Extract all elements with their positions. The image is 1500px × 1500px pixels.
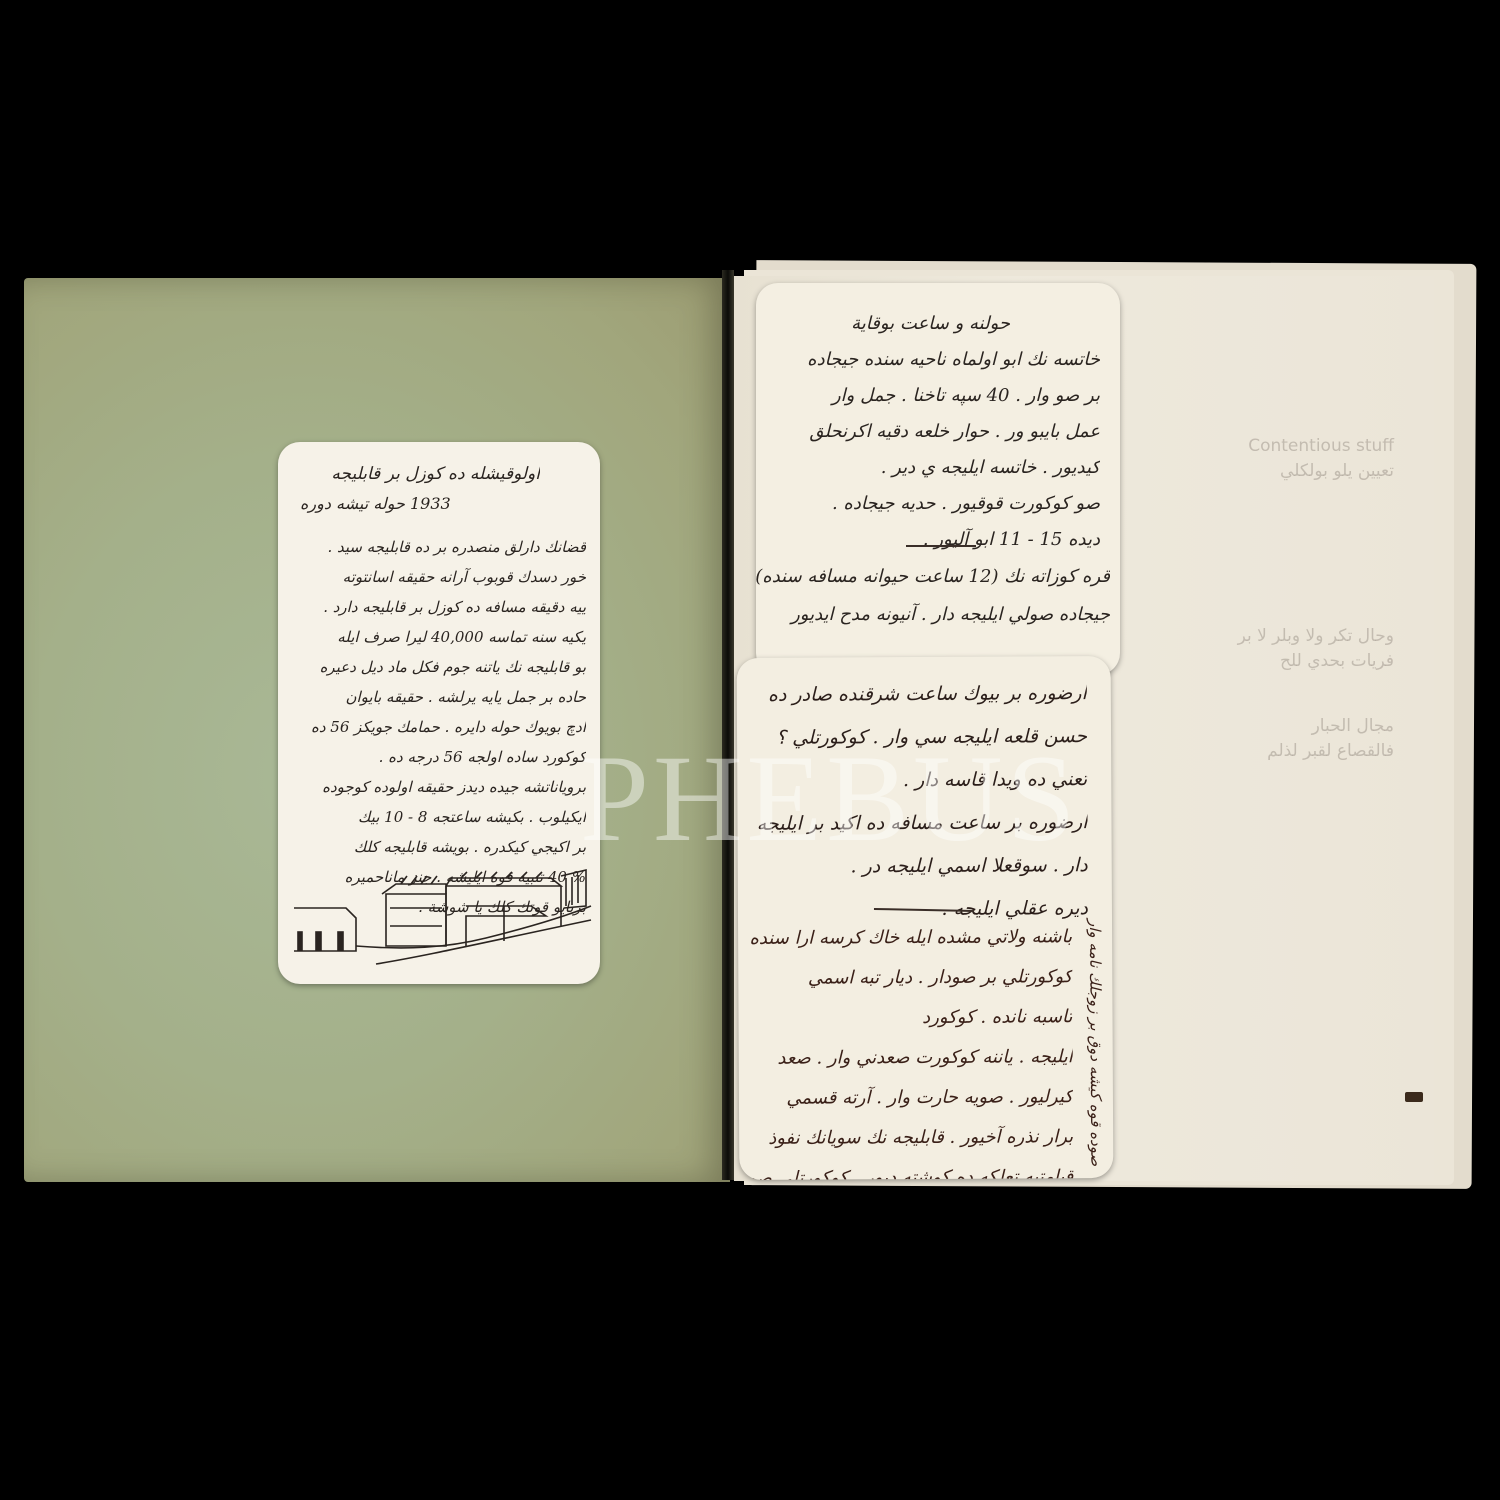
text-line: صو كوكورت قوقيور . حديه جيجاده . [770,495,1100,531]
faint-line: وحال تكر ولا وبلر لا بر [1238,626,1394,646]
text-line: ديده 15 - 11 ابو آليور . [770,531,1100,567]
text-line: قره كوزآته نك (12 ساعت حيوانه مسافه سنده… [756,568,1110,606]
text-line: يكيه سنه تماسه 40,000 ليرا صرف ايله [296,630,586,660]
ink-mark [1405,1092,1423,1102]
top-right-card: حولنه و ساعت بوقاية خاتسه نك ابو اولماه … [756,283,1120,675]
faint-line: مجال الحبار [1312,716,1394,736]
text-line: قيامتيه تعلكه ده كوشته ديور . كوكورتلي ص… [745,1168,1073,1180]
margin-note: صوده قوه كيشه دوق بر زوجلك نامه وار [1086,916,1105,1166]
faint-line: Contentious stuff [1248,436,1394,456]
bottom-right-card: ارضوره بر بيوك ساعت شرقنده صادر ده حسن ق… [737,656,1114,1180]
folder-spine [722,270,734,1180]
text-line: حسن قلعه ايليجه سي وار . كوكورتلي ؟ [751,727,1087,772]
text-line: كوكورد ساده اولجه 56 درجه ده . [296,750,586,780]
text-line: ايليجه . ياننه كوكورت صعدني وار . صعد [745,1048,1073,1090]
text-line: باشنه ولاتي مشده ايله خاك كرسه آرا سنده [744,928,1072,970]
buildings-sketch-icon [286,846,596,966]
text-line: جيجاده صولي ايليجه دار . آنيونه مدح ايدي… [756,606,1110,644]
text-line: حاده بر جمل يايه يرلشه . حقيقه بايوان [296,690,586,720]
text-line: ادچ بويوك حوله دايره . حمامك جويكز 56 ده [296,720,586,750]
faint-line: فالقصاع لقبر لذلم [1267,741,1394,761]
card-body-secondary: باشنه ولاتي مشده ايله خاك كرسه آرا سنده … [744,928,1073,1180]
faint-line: تعيين يلو بولكلي [1280,461,1394,481]
text-line: ايكيلوب . بكيشه ساعتجه 8 - 10 بيك [296,810,586,840]
card-body-secondary: قره كوزآته نك (12 ساعت حيوانه مسافه سنده… [756,568,1110,644]
text-line: عمل بايبو ور . حوار خلعه دقيه اكرنحلق [770,423,1100,459]
card-body: خاتسه نك ابو اولماه ناحيه سنده جيجاده بر… [770,351,1100,567]
text-line: ارضوره بر بيوك ساعت شرقنده صادر ده [751,684,1087,729]
text-line: تاسبه نانده . كوكورد [744,1008,1072,1050]
faint-line: فريات بحدي للح [1280,651,1394,671]
text-line: برار نذره آخيور . قابليجه نك سويانك نفوذ [745,1128,1073,1170]
text-line: قضانك دارلق منصدره بر ده قابليجه سيد . [296,540,586,570]
card-body: ارضوره بر بيوك ساعت شرقنده صادر ده حسن ق… [751,684,1088,944]
text-line: دار . سوقعلا اسمي ايليجه در . [752,856,1088,901]
text-line: بر صو وار . 40 سپه تاخنا . جمل وار [770,387,1100,423]
text-line: خور دسدك قوبوب آرانه حقيقه اسانتوته [296,570,586,600]
text-line: ارضوره بر ساعت مسافه ده اكيد بر ايليجه . [751,813,1087,858]
text-line: تعني ده ويدا قاسه دار . [751,770,1087,815]
text-line: بروياناتشه جيده ديدز حقيقه اولوده كوجوده [296,780,586,810]
text-line: ييه دقيقه مسافه ده كوزل بر قابليجه دارد … [296,600,586,630]
card-title: حولنه و ساعت بوقاية [851,313,1010,334]
text-line: كيديور . خاتسه ايليجه ي دير . [770,459,1100,495]
left-pasted-card: اولوقيشله ده كوزل بر قابليجه 1933 حوله ت… [278,442,600,984]
text-line: خاتسه نك ابو اولماه ناحيه سنده جيجاده [770,351,1100,387]
card-title: اولوقيشله ده كوزل بر قابليجه [331,464,540,484]
text-line: بو قابليجه نك ياتنه جوم فكل ماد ديل دعير… [296,660,586,690]
section-divider [906,545,976,547]
card-subtitle-date: 1933 حوله تيشه دوره [300,494,451,513]
photo-scene: Contentious stuff تعيين يلو بولكلي وحال … [0,0,1500,1500]
text-line: كوكورتلي بر صودار . ديار تبه اسمي [744,968,1072,1010]
text-line: كيرليور . صويه حارت وار . آرته قسمي [745,1088,1073,1130]
